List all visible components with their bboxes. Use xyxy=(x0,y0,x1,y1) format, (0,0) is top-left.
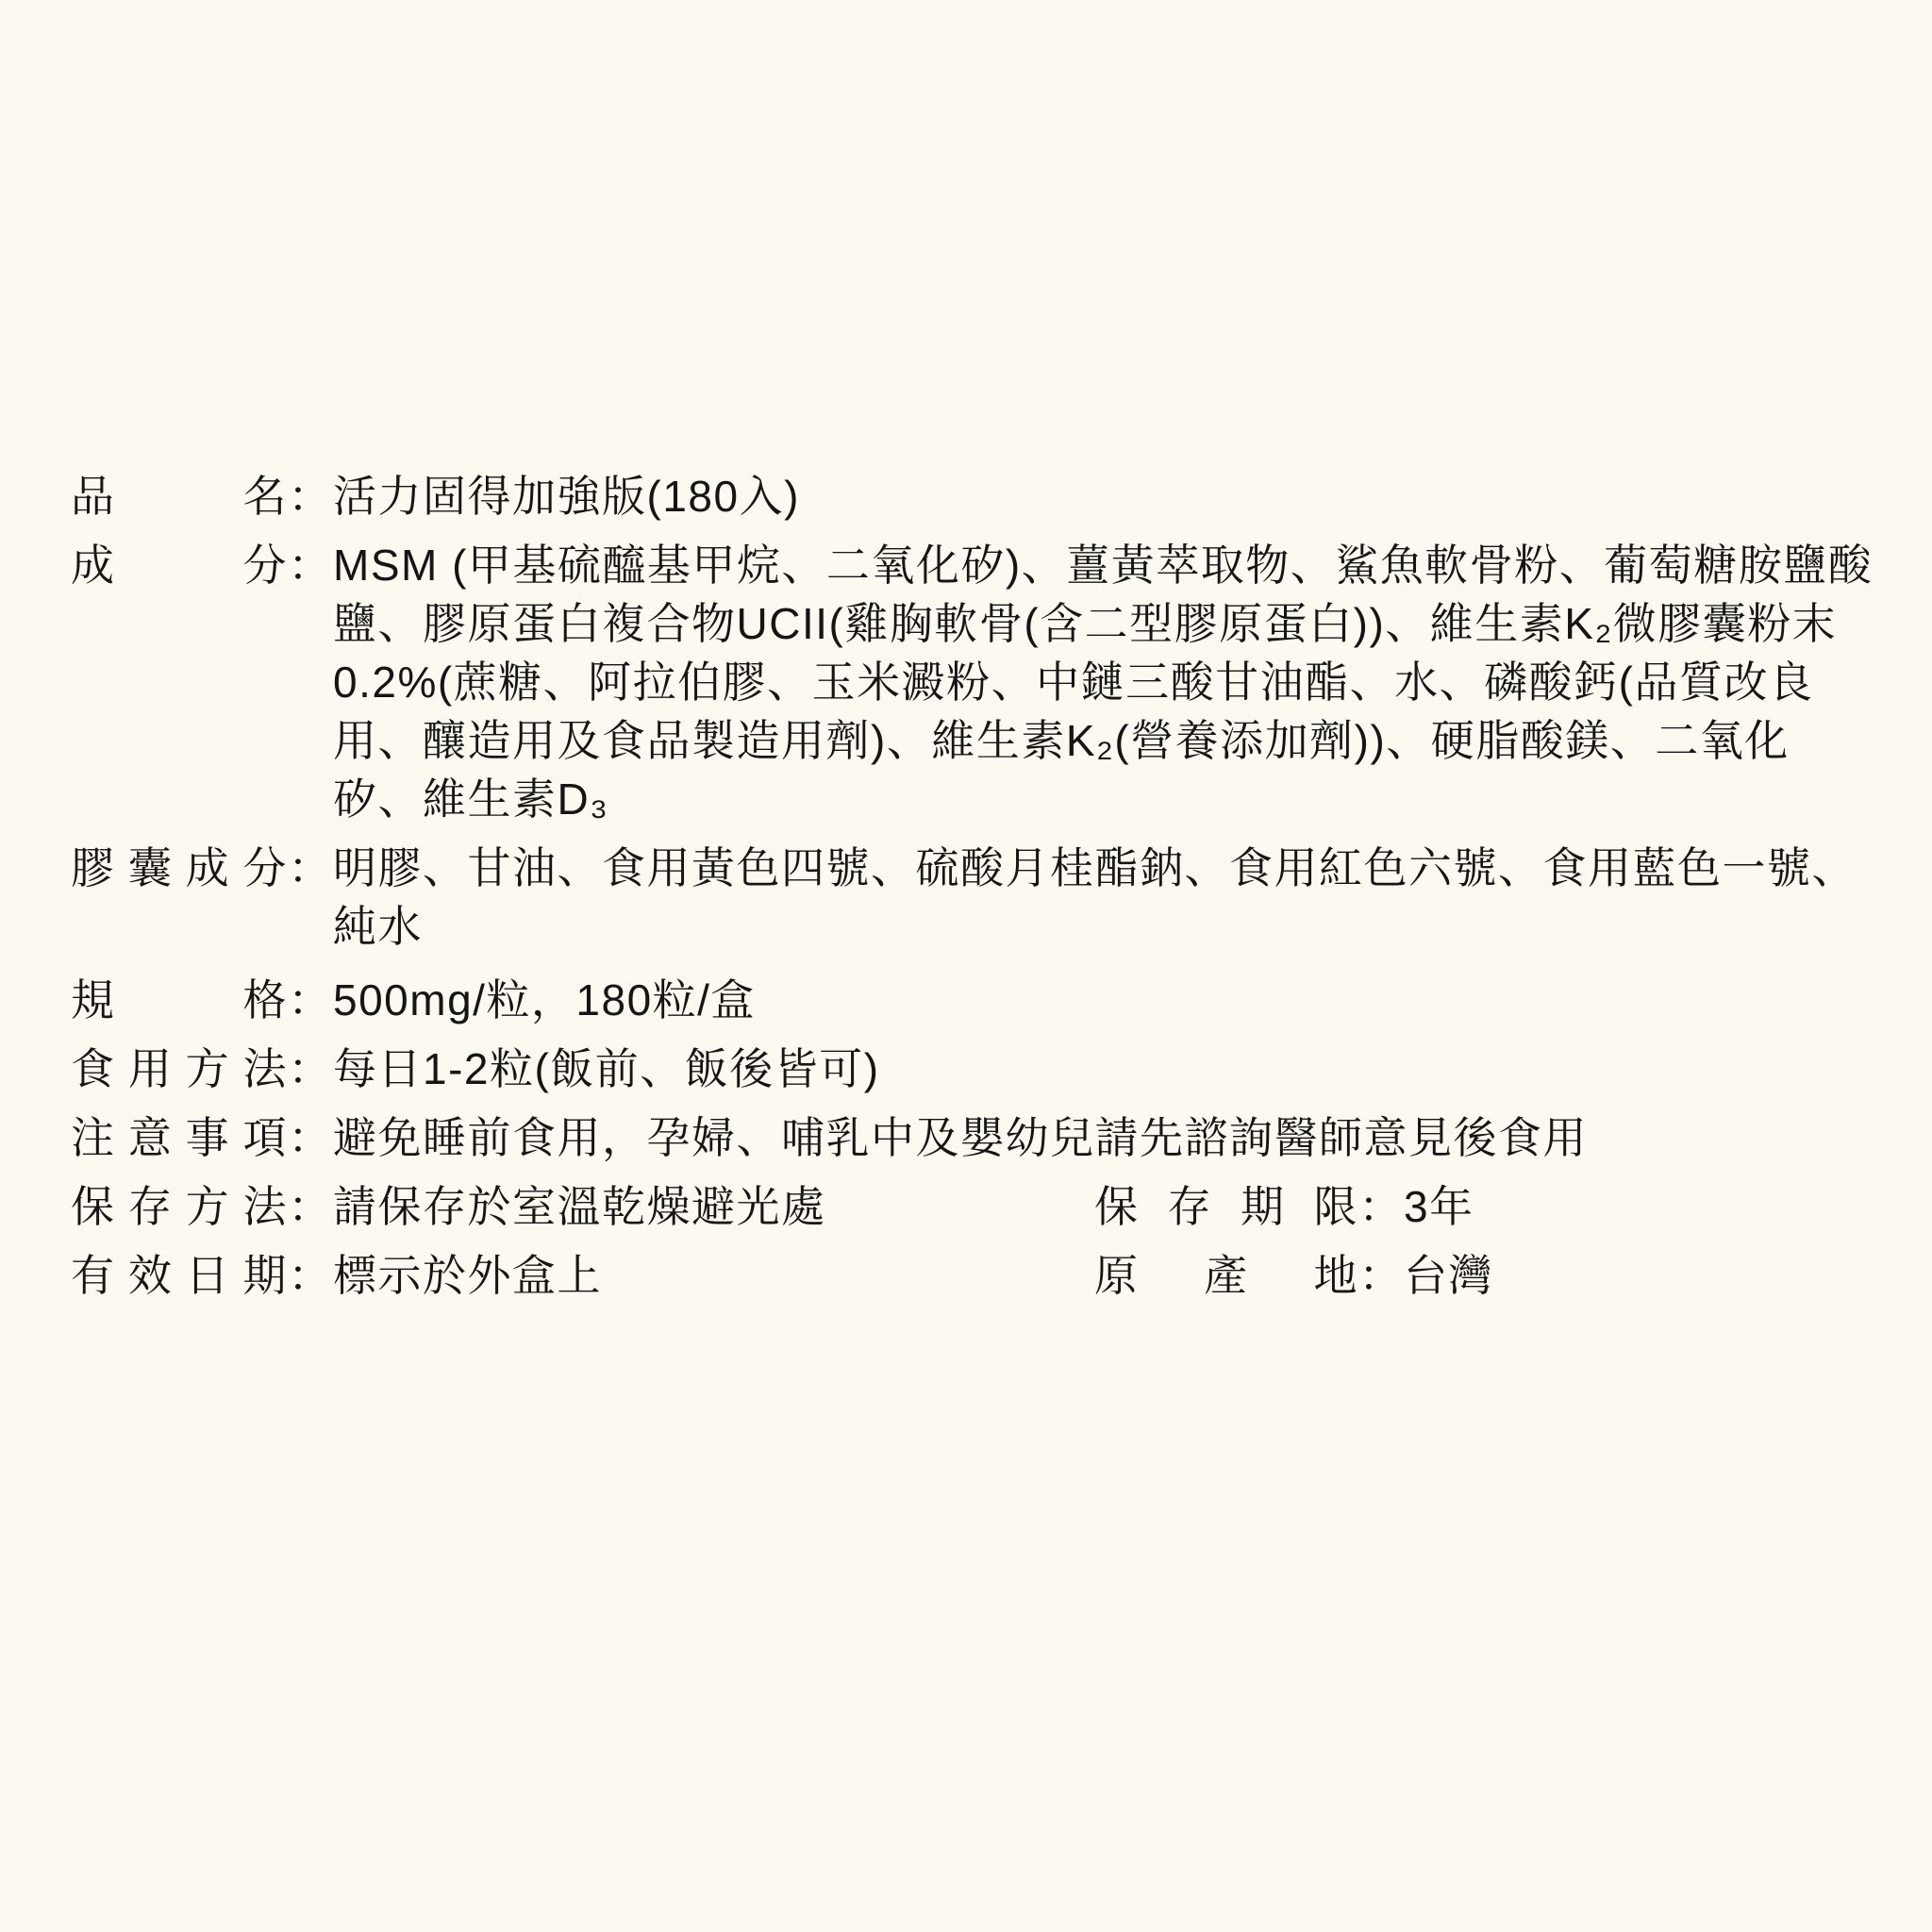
field-colon: ： xyxy=(288,1246,333,1305)
field-label-expiry-date: 有效日期 xyxy=(71,1246,288,1305)
field-value-expiry-date: 標示於外盒上 xyxy=(333,1246,1094,1305)
field-row-capsule-ingredients: 膠囊成分 ： 明膠、甘油、食用黃色四號、硫酸月桂酯鈉、食用紅色六號、食用藍色一號… xyxy=(71,839,1878,956)
field-label-shelf-life: 保存期限 xyxy=(1094,1177,1358,1236)
field-row-precautions: 注意事項 ： 避免睡前食用，孕婦、哺乳中及嬰幼兒請先諮詢醫師意見後食用 xyxy=(71,1108,1878,1167)
field-colon: ： xyxy=(288,839,333,897)
field-value-specification: 500mg/粒，180粒/盒 xyxy=(333,971,1878,1029)
field-colon: ： xyxy=(1358,1177,1404,1236)
field-value-capsule-ingredients: 明膠、甘油、食用黃色四號、硫酸月桂酯鈉、食用紅色六號、食用藍色一號、純水 xyxy=(333,839,1878,956)
field-label-product-name: 品名 xyxy=(71,467,288,525)
field-label-storage-method: 保存方法 xyxy=(71,1177,288,1236)
field-colon: ： xyxy=(288,467,333,525)
field-row-storage: 保存方法 ： 請保存於室溫乾燥避光處 保存期限 ： 3年 xyxy=(71,1177,1878,1236)
field-row-product-name: 品名 ： 活力固得加強版(180入) xyxy=(71,467,1878,525)
field-label-ingredients: 成分 xyxy=(71,536,288,594)
field-value-shelf-life: 3年 xyxy=(1404,1177,1878,1236)
field-value-usage: 每日1-2粒(飯前、飯後皆可) xyxy=(333,1040,1878,1098)
field-colon: ： xyxy=(1358,1246,1404,1305)
field-colon: ： xyxy=(288,1108,333,1167)
field-value-product-name: 活力固得加強版(180入) xyxy=(333,467,1878,525)
field-value-precautions: 避免睡前食用，孕婦、哺乳中及嬰幼兒請先諮詢醫師意見後食用 xyxy=(333,1108,1878,1167)
label-page: 品名 ： 活力固得加強版(180入) 成分 ： MSM (甲基硫醯基甲烷、二氧化… xyxy=(0,0,1932,1932)
field-label-precautions: 注意事項 xyxy=(71,1108,288,1167)
field-label-usage: 食用方法 xyxy=(71,1040,288,1098)
field-label-capsule-ingredients: 膠囊成分 xyxy=(71,839,288,897)
field-colon: ： xyxy=(288,971,333,1029)
field-row-usage: 食用方法 ： 每日1-2粒(飯前、飯後皆可) xyxy=(71,1040,1878,1098)
field-label-origin: 原產地 xyxy=(1094,1246,1358,1305)
field-colon: ： xyxy=(288,1177,333,1236)
field-label-specification: 規格 xyxy=(71,971,288,1029)
field-colon: ： xyxy=(288,536,333,594)
field-row-expiry: 有效日期 ： 標示於外盒上 原產地 ： 台灣 xyxy=(71,1246,1878,1305)
field-row-ingredients: 成分 ： MSM (甲基硫醯基甲烷、二氧化矽)、薑黃萃取物、鯊魚軟骨粉、葡萄糖胺… xyxy=(71,536,1878,828)
product-info-sheet: 品名 ： 活力固得加強版(180入) 成分 ： MSM (甲基硫醯基甲烷、二氧化… xyxy=(71,467,1878,1315)
field-value-origin: 台灣 xyxy=(1404,1246,1878,1305)
field-value-ingredients: MSM (甲基硫醯基甲烷、二氧化矽)、薑黃萃取物、鯊魚軟骨粉、葡萄糖胺鹽酸鹽、膠… xyxy=(333,536,1878,828)
field-colon: ： xyxy=(288,1040,333,1098)
field-value-storage-method: 請保存於室溫乾燥避光處 xyxy=(333,1177,1094,1236)
field-row-specification: 規格 ： 500mg/粒，180粒/盒 xyxy=(71,971,1878,1029)
